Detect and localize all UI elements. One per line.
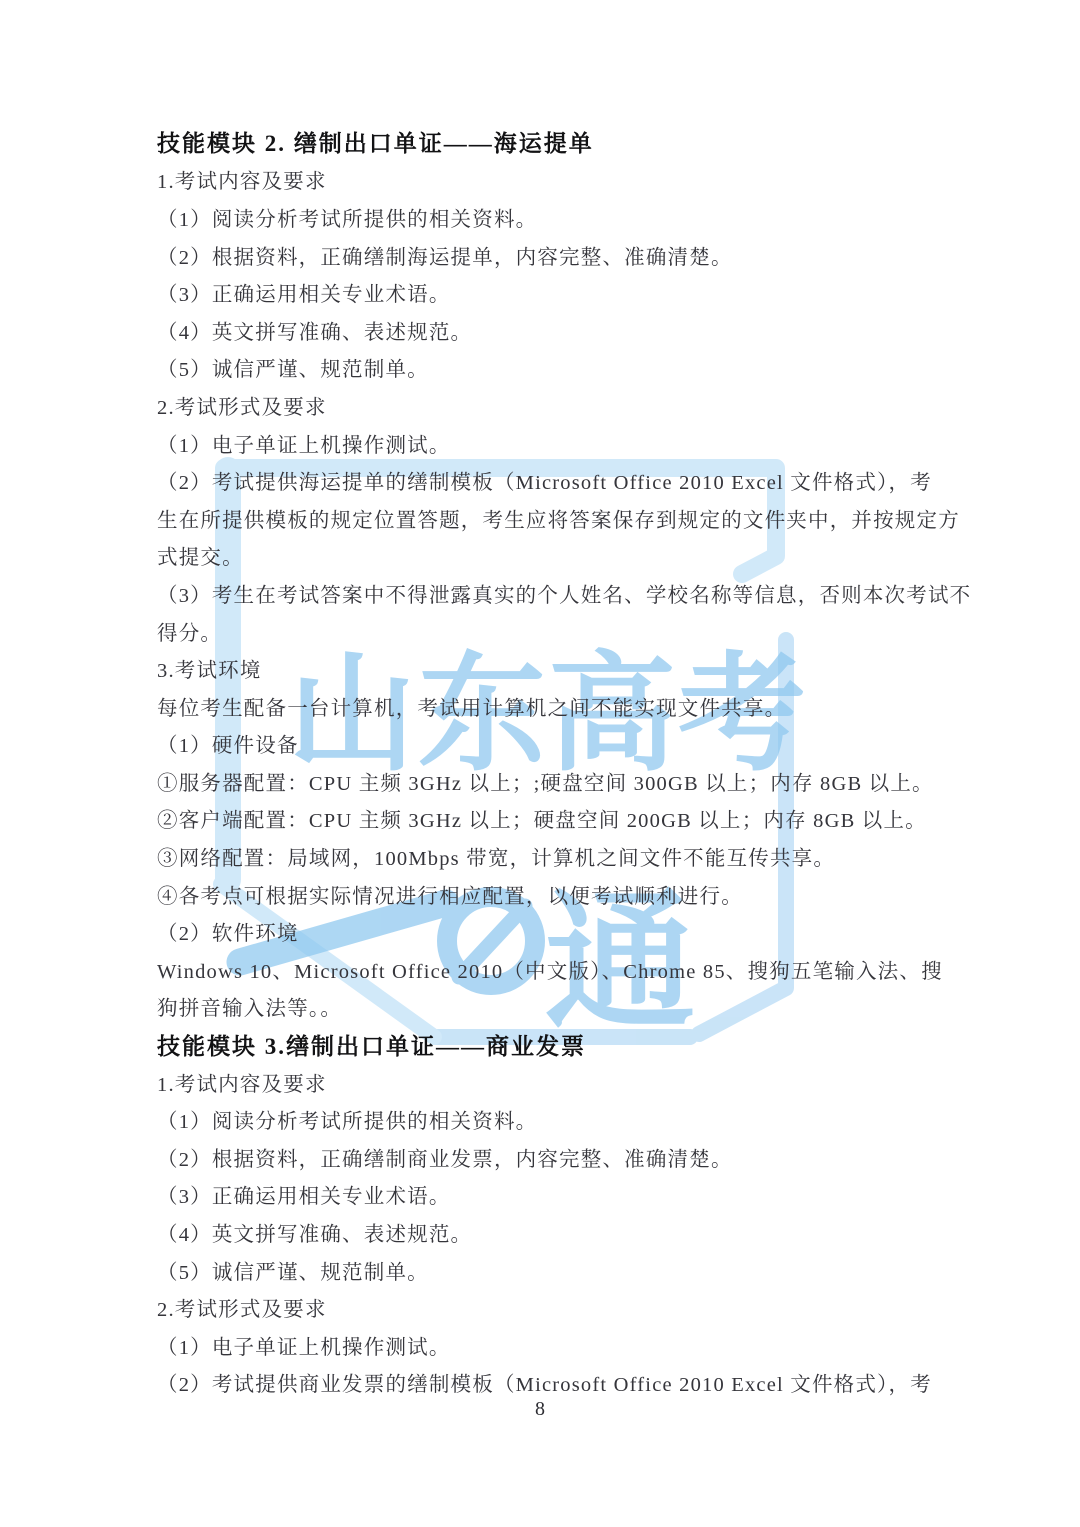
text-line: （2）考试提供海运提单的缮制模板（Microsoft Office 2010 E… bbox=[157, 461, 921, 499]
text-line: （3）正确运用相关专业术语。 bbox=[157, 273, 921, 311]
text-line: 2.考试形式及要求 bbox=[157, 1288, 921, 1326]
text-line: 1.考试内容及要求 bbox=[157, 1063, 921, 1101]
text-line: （5）诚信严谨、规范制单。 bbox=[157, 349, 921, 387]
text-line: ①服务器配置：CPU 主频 3GHz 以上；;硬盘空间 300GB 以上；内存 … bbox=[157, 762, 921, 800]
text-line: （1）电子单证上机操作测试。 bbox=[157, 424, 921, 462]
text-line: 1.考试内容及要求 bbox=[157, 161, 921, 199]
text-line: （2）根据资料，正确缮制商业发票，内容完整、准确清楚。 bbox=[157, 1138, 921, 1176]
text-line: 2.考试形式及要求 bbox=[157, 386, 921, 424]
text-line: 式提交。 bbox=[157, 537, 921, 575]
text-line: （2）根据资料，正确缮制海运提单，内容完整、准确清楚。 bbox=[157, 236, 921, 274]
text-line: （4）英文拼写准确、表述规范。 bbox=[157, 311, 921, 349]
page-number: 8 bbox=[0, 1398, 1080, 1421]
text-line: （4）英文拼写准确、表述规范。 bbox=[157, 1213, 921, 1251]
text-line: （3）考生在考试答案中不得泄露真实的个人姓名、学校名称等信息，否则本次考试不 bbox=[157, 574, 921, 612]
text-line: （1）阅读分析考试所提供的相关资料。 bbox=[157, 1100, 921, 1138]
text-line: 3.考试环境 bbox=[157, 649, 921, 687]
text-column: 技能模块 2. 缮制出口单证——海运提单1.考试内容及要求（1）阅读分析考试所提… bbox=[157, 123, 921, 1401]
text-line: （1）电子单证上机操作测试。 bbox=[157, 1326, 921, 1364]
text-line: 生在所提供模板的规定位置答题，考生应将答案保存到规定的文件夹中，并按规定方 bbox=[157, 499, 921, 537]
document-page: 山东高考 通 技能模块 2. 缮制出口单证——海运提单1.考试内容及要求（1）阅… bbox=[0, 0, 1080, 1527]
text-line: Windows 10、Microsoft Office 2010（中文版）、Ch… bbox=[157, 950, 921, 988]
section-heading: 技能模块 3.缮制出口单证——商业发票 bbox=[157, 1025, 921, 1063]
text-line: ③网络配置：局域网，100Mbps 带宽，计算机之间文件不能互传共享。 bbox=[157, 837, 921, 875]
text-line: 狗拼音输入法等。。 bbox=[157, 988, 921, 1026]
text-line: ②客户端配置：CPU 主频 3GHz 以上；硬盘空间 200GB 以上；内存 8… bbox=[157, 800, 921, 838]
text-line: （1）硬件设备 bbox=[157, 725, 921, 763]
text-line: 每位考生配备一台计算机，考试用计算机之间不能实现文件共享。 bbox=[157, 687, 921, 725]
text-line: （3）正确运用相关专业术语。 bbox=[157, 1176, 921, 1214]
text-line: （2）软件环境 bbox=[157, 912, 921, 950]
section-heading: 技能模块 2. 缮制出口单证——海运提单 bbox=[157, 123, 921, 161]
text-line: （5）诚信严谨、规范制单。 bbox=[157, 1251, 921, 1289]
text-line: （2）考试提供商业发票的缮制模板（Microsoft Office 2010 E… bbox=[157, 1364, 921, 1402]
text-line: ④各考点可根据实际情况进行相应配置，以便考试顺利进行。 bbox=[157, 875, 921, 913]
text-line: （1）阅读分析考试所提供的相关资料。 bbox=[157, 198, 921, 236]
text-line: 得分。 bbox=[157, 612, 921, 650]
